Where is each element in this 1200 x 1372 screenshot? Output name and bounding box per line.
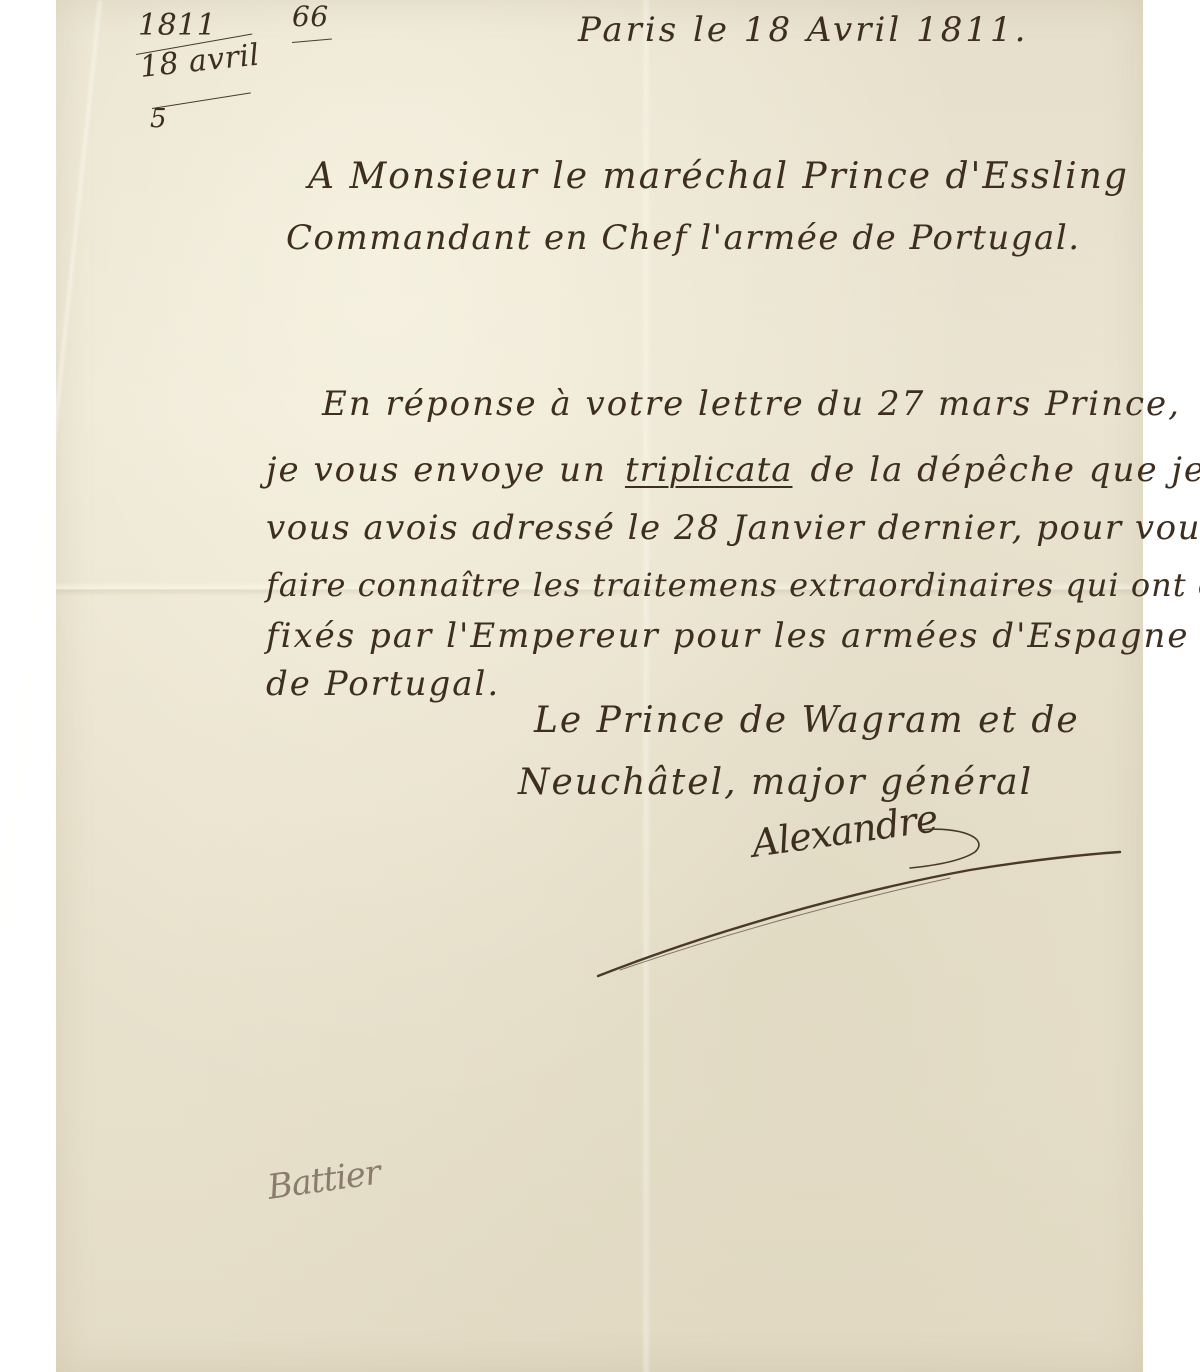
body-line-5: fixés par l'Empereur pour les armées d'E… (266, 616, 1200, 656)
address-line-2: Commandant en Chef l'armée de Portugal. (286, 218, 1081, 258)
body-line-3: vous avois adressé le 28 Janvier dernier… (266, 508, 1200, 548)
place-date: Paris le 18 Avril 1811. (578, 10, 1028, 50)
underlined-word-triplicata: triplicata (625, 450, 793, 490)
letter-paper (56, 0, 1143, 1372)
closing-line-1: Le Prince de Wagram et de (534, 700, 1080, 741)
body-line-2-end: de la dépêche que je (811, 450, 1200, 490)
signature-flourish (590, 820, 1130, 980)
body-line-4: faire connaître les traitemens extraordi… (266, 566, 1200, 604)
archival-mark: 5 (150, 104, 167, 134)
closing-line-2: Neuchâtel, major général (518, 762, 1033, 803)
address-line-1: A Monsieur le maréchal Prince d'Essling (308, 156, 1129, 197)
body-line-2-start: je vous envoye un (266, 450, 607, 490)
body-line-6: de Portugal. (266, 664, 500, 704)
archival-year: 1811 (138, 8, 216, 43)
body-line-1: En réponse à votre lettre du 27 mars Pri… (322, 384, 1181, 424)
archival-number: 66 (292, 0, 329, 33)
paper-fold-left (0, 0, 104, 1365)
body-line-2: je vous envoye un triplicata de la dépêc… (266, 450, 1200, 490)
paper-fold-vertical (641, 0, 651, 1372)
